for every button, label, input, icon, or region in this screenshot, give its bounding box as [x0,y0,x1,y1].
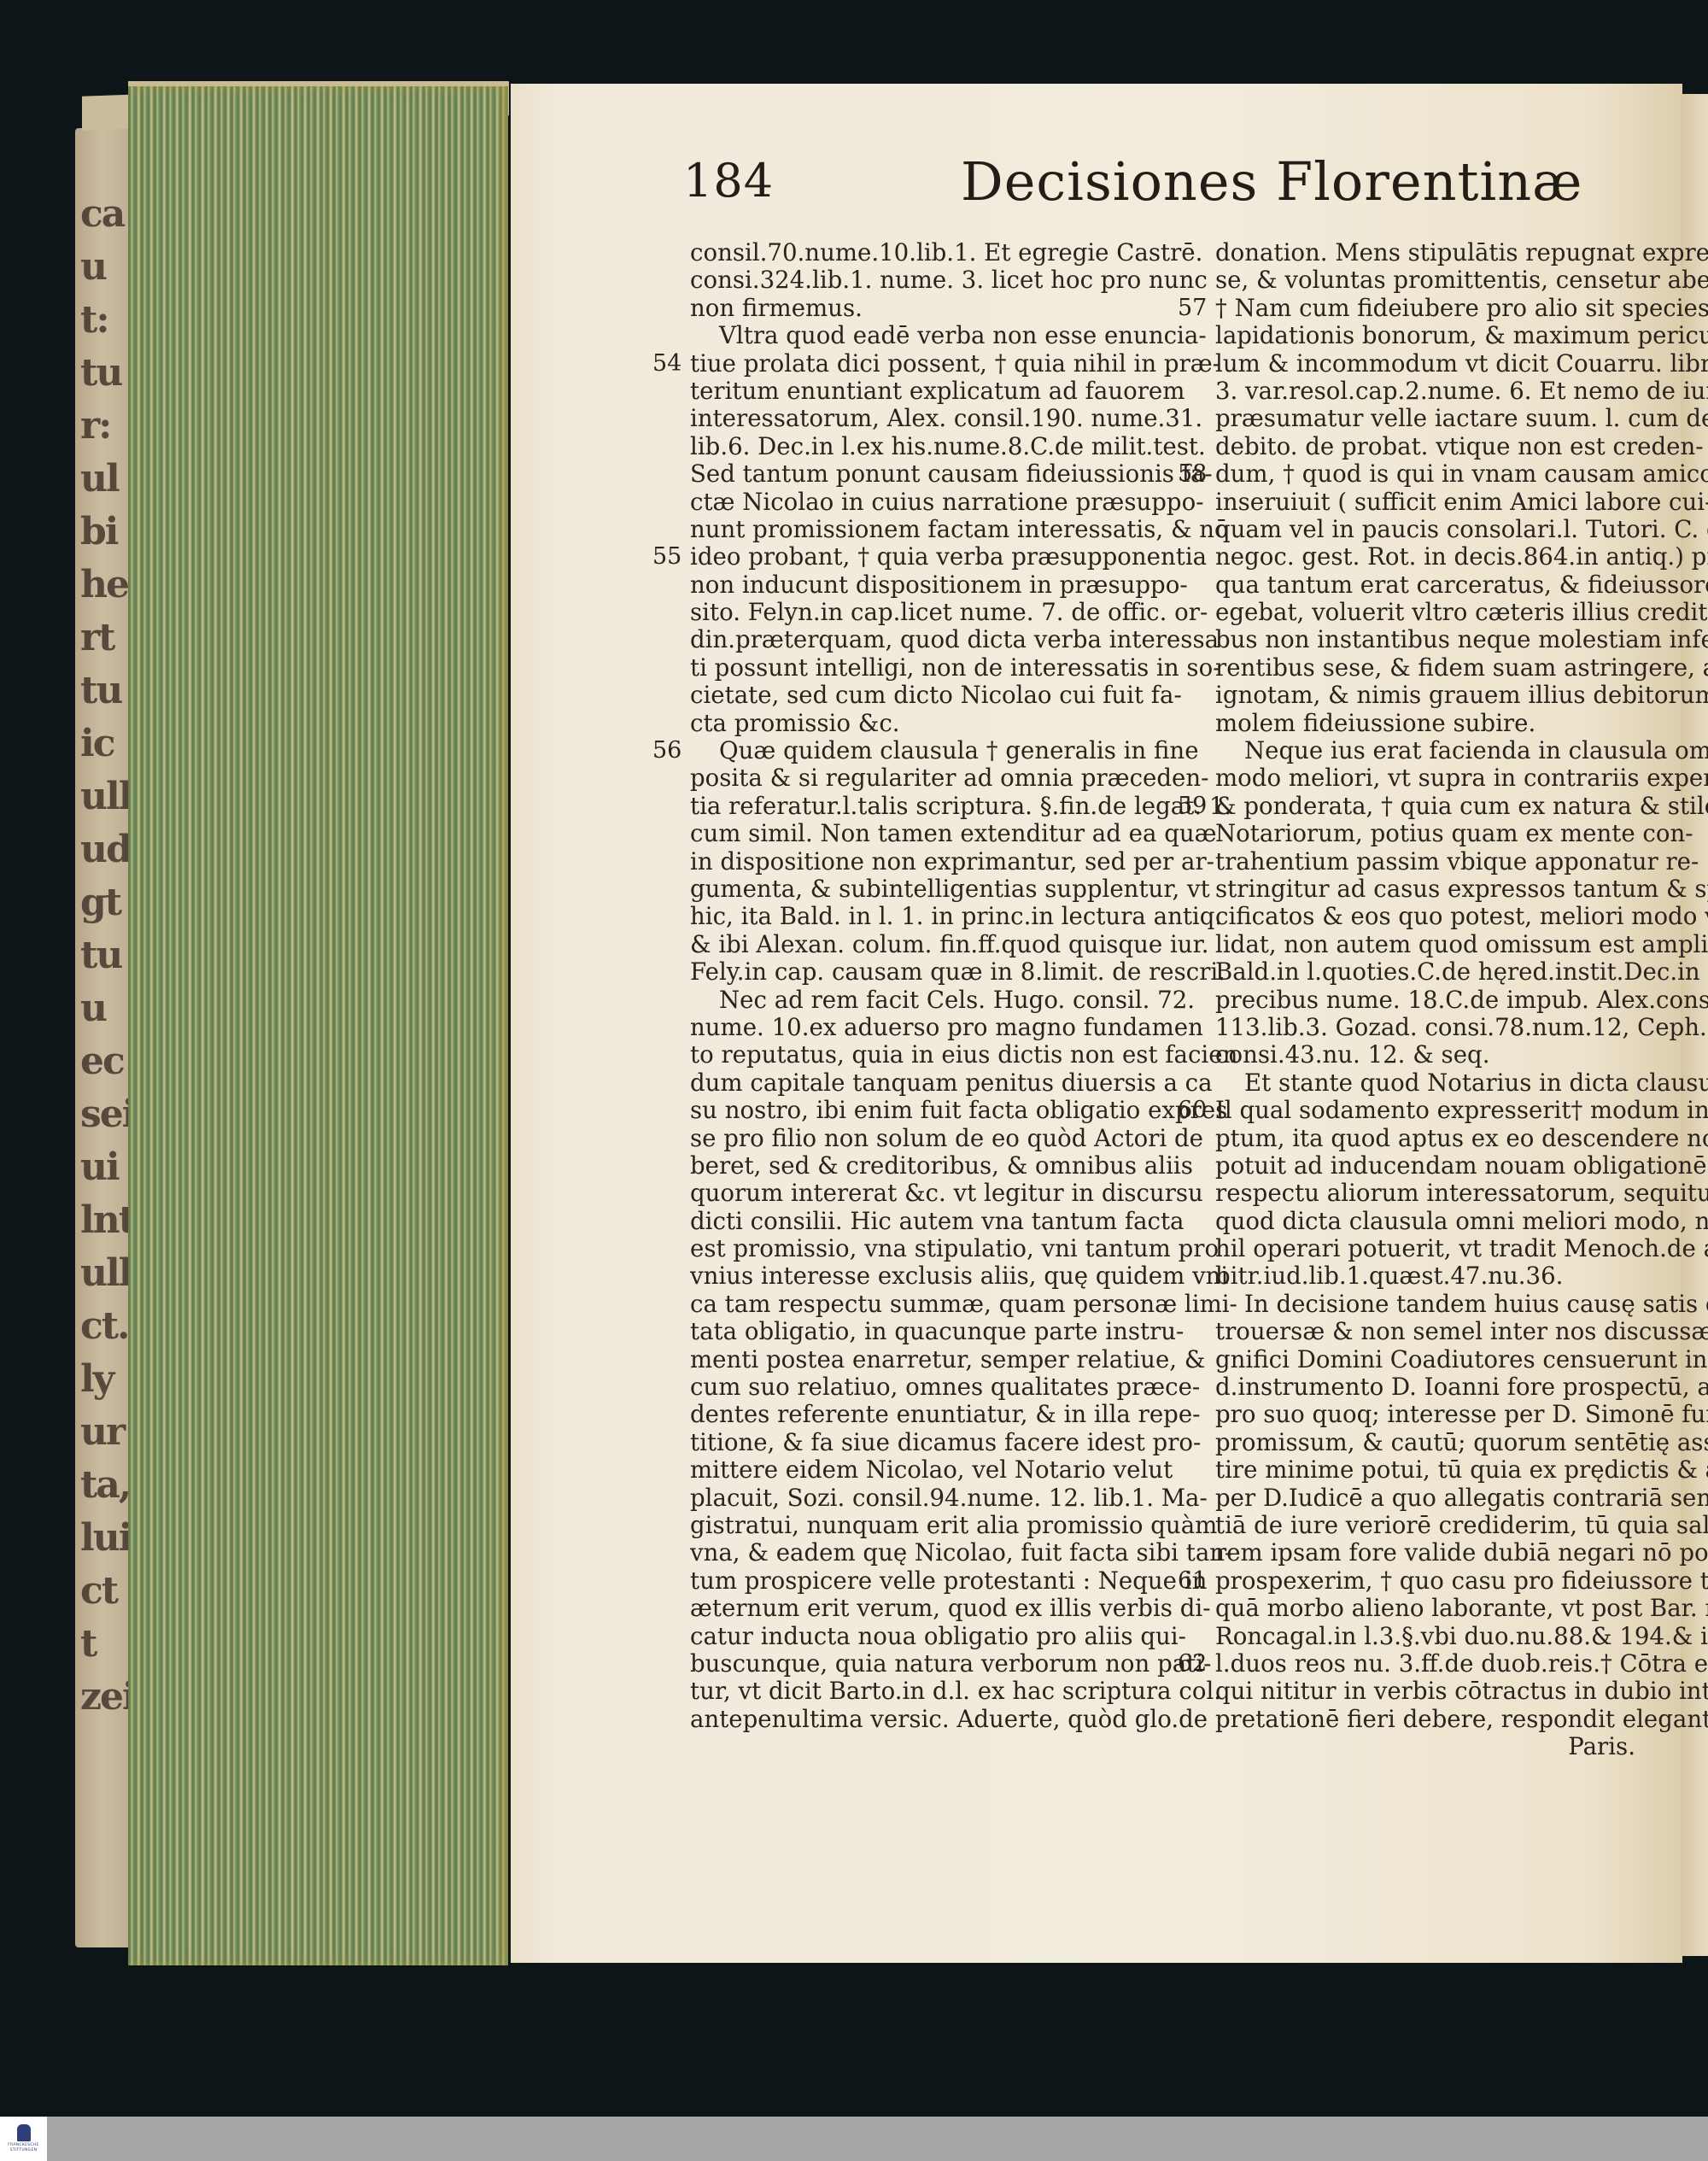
line-text: lum & incommodum vt dicit Couarru. libr. [1215,349,1708,378]
line-text: ideo probant, † quia verba præsupponenti… [690,542,1207,571]
line-text: respectu aliorum interessatorum, sequitu… [1215,1179,1708,1207]
text-line: est promissio, vna stipulatio, vni tantu… [690,1235,1168,1262]
text-line: gnifici Domini Coadiutores censuerunt in [1215,1346,1659,1373]
line-text: In decisione tandem huius causę satis cō… [1215,1290,1708,1318]
text-column-right: donation. Mens stipulātis repugnat expre… [1215,239,1659,1760]
line-text: bitr.iud.lib.1.quæst.47.nu.36. [1215,1262,1563,1290]
line-text: hic, ita Bald. in l. 1. in princ.in lect… [690,902,1222,930]
text-line: Fely.in cap. causam quæ in 8.limit. de r… [690,958,1168,986]
text-line: cificatos & eos quo potest, meliori modo… [1215,903,1659,930]
line-text: d.instrumento D. Ioanni fore prospectū, … [1215,1373,1708,1401]
text-line: æternum erit verum, quod ex illis verbis… [690,1595,1168,1622]
text-line: trahentium passim vbique apponatur re- [1215,848,1659,876]
franckesche-logo-icon [17,2124,31,2141]
text-line: dentes referente enuntiatur, & in illa r… [690,1401,1168,1428]
line-text: egebat, voluerit vltro cæteris illius cr… [1215,598,1708,626]
line-text: non firmemus. [690,294,863,322]
text-line: beret, sed & creditoribus, & omnibus ali… [690,1152,1168,1180]
text-line: 58dum, † quod is qui in vnam causam amic… [1215,460,1659,488]
text-line: pretationē fieri debere, respondit elega… [1215,1706,1659,1733]
text-line: vnius interesse exclusis aliis, quę quid… [690,1262,1168,1290]
line-text: Notariorum, potius quam ex mente con- [1215,819,1693,847]
institution-logo[interactable]: FRANCKESCHE STIFTUNGEN [0,2117,47,2161]
line-text: dicti consilii. Hic autem vna tantum fac… [690,1207,1184,1235]
line-text: Sed tantum ponunt causam fideiussionis f… [690,460,1213,488]
line-text: mittere eidem Nicolao, vel Notario velut [690,1455,1173,1484]
line-text: catur inducta noua obligatio pro aliis q… [690,1622,1186,1650]
line-text: potuit ad inducendam nouam obligationē [1215,1151,1707,1180]
line-text: 113.lib.3. Gozad. consi.78.num.12, Ceph. [1215,1013,1707,1041]
text-line: qui nititur in verbis cōtractus in dubio… [1215,1678,1659,1705]
text-line: 62l.duos reos nu. 3.ff.de duob.reis.† Cō… [1215,1650,1659,1678]
text-line: to reputatus, quia in eius dictis non es… [690,1041,1168,1069]
line-text: 3. var.resol.cap.2.nume. 6. Et nemo de i… [1215,377,1708,405]
line-text: Et stante quod Notarius in dicta clausul… [1215,1069,1708,1097]
line-text: tia referatur.l.talis scriptura. §.fin.d… [690,792,1231,820]
line-text: placuit, Sozi. consil.94.nume. 12. lib.1… [690,1484,1208,1512]
text-line: Et stante quod Notarius in dicta clausul… [1215,1069,1659,1097]
text-line: gistratui, nunquam erit alia promissio q… [690,1512,1168,1539]
line-text: † Nam cum fideiubere pro alio sit specie… [1215,294,1708,322]
line-text: tiā de iure veriorē crediderim, tū quia … [1215,1511,1708,1539]
line-text: Roncagal.in l.3.§.vbi duo.nu.88.& 194.& … [1215,1622,1708,1650]
text-line: tum prospicere velle protestanti : Neque… [690,1567,1168,1595]
text-line: promissum, & cautū; quorum sentētię asse… [1215,1429,1659,1456]
line-text: & ibi Alexan. colum. fin.ff.quod quisque… [690,930,1209,958]
line-text: consi.43.nu. 12. & seq. [1215,1040,1489,1069]
text-line: rentibus sese, & fidem suam astringere, … [1215,654,1659,682]
line-text: Bald.in l.quoties.C.de hęred.instit.Dec.… [1215,958,1708,986]
line-text: præsumatur velle iactare suum. l. cum de… [1215,404,1708,432]
text-line: 55ideo probant, † quia verba præsupponen… [690,543,1168,571]
text-line: vna, & eadem quę Nicolao, fuit facta sib… [690,1539,1168,1567]
line-text: Nec ad rem facit Cels. Hugo. consil. 72. [690,986,1195,1014]
line-text: & ponderata, † quia cum ex natura & stil… [1215,792,1708,820]
text-line: per D.Iudicē a quo allegatis contrariā s… [1215,1485,1659,1512]
text-line: quorum intererat &c. vt legitur in discu… [690,1180,1168,1207]
line-text: lidat, non autem quod omissum est amplie… [1215,930,1708,958]
text-line: quā morbo alieno laborante, vt post Bar.… [1215,1595,1659,1622]
text-line: bus non instantibus neque molestiam infe… [1215,626,1659,653]
text-line: cum suo relatiuo, omnes qualitates præce… [690,1373,1168,1401]
line-text: tiue prolata dici possent, † quia nihil … [690,349,1220,378]
text-line: 61prospexerim, † quo casu pro fideiussor… [1215,1567,1659,1595]
marginal-number: 60 [1178,1097,1207,1124]
line-text: qui nititur in verbis cōtractus in dubio… [1215,1677,1708,1705]
line-text: titione, & fa siue dicamus facere idest … [690,1428,1201,1456]
line-text: ignotam, & nimis grauem illius debitorum [1215,681,1708,709]
text-line: quam vel in paucis consolari.l. Tutori. … [1215,516,1659,543]
line-text: cum suo relatiuo, omnes qualitates præce… [690,1373,1200,1401]
line-text: in dispositione non exprimantur, sed per… [690,847,1214,876]
line-text: qua tantum erat carceratus, & fideiussor… [1215,571,1708,599]
text-line: interessatorum, Alex. consil.190. nume.3… [690,405,1168,432]
line-text: rentibus sese, & fidem suam astringere, … [1215,653,1708,682]
line-text: precibus nume. 18.C.de impub. Alex.consi… [1215,986,1708,1014]
line-text: posita & si regulariter ad omnia præcede… [690,764,1208,792]
line-text: su nostro, ibi enim fuit facta obligatio… [690,1096,1227,1124]
line-text: pro suo quoq; interesse per D. Simonē fu… [1215,1400,1708,1428]
line-text: debito. de probat. vtique non est creden… [1215,432,1704,460]
text-line: modo meliori, vt supra in contrariis exp… [1215,764,1659,792]
text-line: præsumatur velle iactare suum. l. cum de… [1215,405,1659,432]
line-text: quod dicta clausula omni meliori modo, n… [1215,1207,1708,1235]
text-line: tiā de iure veriorē crediderim, tū quia … [1215,1512,1659,1539]
text-line: 3. var.resol.cap.2.nume. 6. Et nemo de i… [1215,378,1659,405]
line-text: cificatos & eos quo potest, meliori modo… [1215,902,1708,930]
text-line: Vltra quod eadē verba non esse enuncia- [690,322,1168,349]
text-line: hic, ita Bald. in l. 1. in princ.in lect… [690,903,1168,930]
line-text: quā morbo alieno laborante, vt post Bar.… [1215,1594,1708,1622]
running-head: 184 Decisiones Florentinæ [683,154,1665,222]
text-line: trouersæ & non semel inter nos discussæ,… [1215,1318,1659,1345]
line-text: nunt promissionem factam interessatis, &… [690,515,1229,543]
running-title: Decisiones Florentinæ [961,150,1582,213]
text-line: inseruiuit ( sufficit enim Amici labore … [1215,489,1659,516]
text-line: ti possunt intelligi, non de interessati… [690,654,1168,682]
text-line: in dispositione non exprimantur, sed per… [690,848,1168,876]
line-text: molem fideiussione subire. [1215,709,1535,737]
line-text: l.duos reos nu. 3.ff.de duob.reis.† Cōtr… [1215,1649,1708,1678]
text-line: rem ipsam fore valide dubiā negari nō po… [1215,1539,1659,1567]
text-line: negoc. gest. Rot. in decis.864.in antiq.… [1215,543,1659,571]
text-line: non firmemus. [690,295,1168,322]
text-line: hil operari potuerit, vt tradit Menoch.d… [1215,1235,1659,1262]
catchword: Paris. [1215,1733,1659,1760]
text-line: se, & voluntas promittentis, censetur ab… [1215,266,1659,294]
marginal-number: 55 [652,543,681,571]
text-line: su nostro, ibi enim fuit facta obligatio… [690,1097,1168,1124]
line-text: trahentium passim vbique apponatur re- [1215,847,1699,876]
text-line: 59& ponderata, † quia cum ex natura & st… [1215,793,1659,820]
line-text: tata obligatio, in quacunque parte instr… [690,1317,1184,1345]
line-text: lib.6. Dec.in l.ex his.nume.8.C.de milit… [690,432,1206,460]
text-line: 54tiue prolata dici possent, † quia nihi… [690,350,1168,378]
text-line: tur, vt dicit Barto.in d.l. ex hac scrip… [690,1678,1168,1705]
text-line: se pro filio non solum de eo quòd Actori… [690,1125,1168,1152]
line-text: Vltra quod eadē verba non esse enuncia- [690,321,1207,349]
line-text: gumenta, & subintelligentias supplentur,… [690,875,1210,903]
line-text: dentes referente enuntiatur, & in illa r… [690,1400,1200,1428]
text-line: respectu aliorum interessatorum, sequitu… [1215,1180,1659,1207]
line-text: non inducunt dispositionem in præsuppo- [690,571,1188,599]
text-line: lum & incommodum vt dicit Couarru. libr. [1215,350,1659,378]
text-line: tata obligatio, in quacunque parte instr… [690,1318,1168,1345]
line-text: inseruiuit ( sufficit enim Amici labore … [1215,488,1708,516]
text-line: gumenta, & subintelligentias supplentur,… [690,876,1168,903]
text-line: 57† Nam cum fideiubere pro alio sit spec… [1215,295,1659,322]
text-line: 60Il qual sodamento expresserit† modum i… [1215,1097,1659,1124]
text-line: precibus nume. 18.C.de impub. Alex.consi… [1215,987,1659,1014]
text-line: potuit ad inducendam nouam obligationē [1215,1152,1659,1180]
line-text: din.præterquam, quod dicta verba interes… [690,625,1219,653]
line-text: stringitur ad casus expressos tantum & s… [1215,875,1708,903]
line-text: gistratui, nunquam erit alia promissio q… [690,1511,1217,1539]
line-text: cietate, sed cum dicto Nicolao cui fuit … [690,681,1182,709]
text-line: In decisione tandem huius causę satis cō… [1215,1291,1659,1318]
line-text: se, & voluntas promittentis, censetur ab… [1215,266,1708,294]
line-text: tum prospicere velle protestanti : Neque… [690,1567,1207,1595]
text-line: cta promissio &c. [690,710,1168,737]
line-text: per D.Iudicē a quo allegatis contrariā s… [1215,1484,1708,1512]
line-text: Il qual sodamento expresserit† modum ine… [1215,1096,1708,1124]
text-line: Neque ius erat facienda in clausula omni [1215,737,1659,764]
text-line: antepenultima versic. Aduerte, quòd glo.… [690,1706,1168,1733]
text-line: teritum enuntiant explicatum ad fauorem [690,378,1168,405]
text-line: cietate, sed cum dicto Nicolao cui fuit … [690,682,1168,709]
text-line: dum capitale tanquam penitus diuersis a … [690,1069,1168,1097]
text-line: buscunque, quia natura verborum non pati… [690,1650,1168,1678]
line-text: ti possunt intelligi, non de interessati… [690,653,1221,682]
viewer-footer-bar: FRANCKESCHE STIFTUNGEN [0,2117,1708,2161]
page-block-fore-edge [128,81,508,1965]
line-text: Neque ius erat facienda in clausula omni [1215,736,1708,764]
text-line: egebat, voluerit vltro cæteris illius cr… [1215,599,1659,626]
text-line: nunt promissionem factam interessatis, &… [690,516,1168,543]
line-text: interessatorum, Alex. consil.190. nume.3… [690,404,1202,432]
text-line: lidat, non autem quod omissum est amplie… [1215,931,1659,958]
text-line: consi.324.lib.1. nume. 3. licet hoc pro … [690,266,1168,294]
line-text: Fely.in cap. causam quæ in 8.limit. de r… [690,958,1225,986]
text-line: posita & si regulariter ad omnia præcede… [690,764,1168,792]
line-text: consil.70.nume.10.lib.1. Et egregie Cast… [690,238,1202,266]
text-line: ptum, ita quod aptus ex eo descendere no… [1215,1125,1659,1152]
text-line: 56Quæ quidem clausula † generalis in fin… [690,737,1168,764]
line-text: tur, vt dicit Barto.in d.l. ex hac scrip… [690,1677,1221,1705]
text-line: placuit, Sozi. consil.94.nume. 12. lib.1… [690,1485,1168,1512]
line-text: beret, sed & creditoribus, & omnibus ali… [690,1151,1193,1180]
line-text: teritum enuntiant explicatum ad fauorem [690,377,1184,405]
marginal-number: 61 [1178,1567,1207,1595]
text-column-left: consil.70.nume.10.lib.1. Et egregie Cast… [690,239,1168,1733]
text-line: consi.43.nu. 12. & seq. [1215,1041,1659,1069]
line-text: hil operari potuerit, vt tradit Menoch.d… [1215,1234,1708,1262]
marginal-number: 59 [1178,793,1207,820]
text-line: mittere eidem Nicolao, vel Notario velut [690,1456,1168,1484]
marginal-number: 54 [652,350,681,378]
line-text: gnifici Domini Coadiutores censuerunt in [1215,1345,1707,1373]
line-text: ctæ Nicolao in cuius narratione præsuppo… [690,488,1204,516]
line-text: cta promissio &c. [690,709,900,737]
text-line: d.instrumento D. Ioanni fore prospectū, … [1215,1373,1659,1401]
institution-name: FRANCKESCHE STIFTUNGEN [0,2143,47,2153]
text-line: catur inducta noua obligatio pro aliis q… [690,1623,1168,1650]
line-text: se pro filio non solum de eo quòd Actori… [690,1124,1203,1152]
line-text: sito. Felyn.in cap.licet nume. 7. de off… [690,598,1208,626]
line-text: tire minime potui, tū quia ex prędictis … [1215,1455,1708,1484]
page-number: 184 [683,154,774,208]
text-line: ignotam, & nimis grauem illius debitorum [1215,682,1659,709]
text-line: Sed tantum ponunt causam fideiussionis f… [690,460,1168,488]
line-text: Quæ quidem clausula † generalis in fine [690,736,1199,764]
text-line: sito. Felyn.in cap.licet nume. 7. de off… [690,599,1168,626]
text-line: & ibi Alexan. colum. fin.ff.quod quisque… [690,931,1168,958]
text-line: non inducunt dispositionem in præsuppo- [690,571,1168,599]
line-text: cum simil. Non tamen extenditur ad ea qu… [690,819,1217,847]
line-text: buscunque, quia natura verborum non pati… [690,1649,1211,1678]
text-line: cum simil. Non tamen extenditur ad ea qu… [690,820,1168,847]
text-line: tire minime potui, tū quia ex prędictis … [1215,1456,1659,1484]
line-text: consi.324.lib.1. nume. 3. licet hoc pro … [690,266,1208,294]
text-line: Roncagal.in l.3.§.vbi duo.nu.88.& 194.& … [1215,1623,1659,1650]
marginal-number: 58 [1178,460,1207,488]
text-line: Notariorum, potius quam ex mente con- [1215,820,1659,847]
text-line: Nec ad rem facit Cels. Hugo. consil. 72. [690,987,1168,1014]
line-text: lapidationis bonorum, & maximum pericu- [1215,321,1708,349]
line-text: dum capitale tanquam penitus diuersis a … [690,1069,1213,1097]
line-text: quorum intererat &c. vt legitur in discu… [690,1179,1203,1207]
line-text: vnius interesse exclusis aliis, quę quid… [690,1262,1228,1290]
marginal-number: 56 [652,737,681,764]
line-text: antepenultima versic. Aduerte, quòd glo.… [690,1705,1208,1733]
line-text: donation. Mens stipulātis repugnat expre… [1215,238,1708,266]
text-line: quod dicta clausula omni meliori modo, n… [1215,1208,1659,1235]
line-text: trouersæ & non semel inter nos discussæ,… [1215,1317,1708,1345]
text-line: din.præterquam, quod dicta verba interes… [690,626,1168,653]
marginal-number: 57 [1178,295,1207,322]
line-text: æternum erit verum, quod ex illis verbis… [690,1594,1211,1622]
line-text: ca tam respectu summæ, quam personæ limi… [690,1290,1237,1318]
line-text: ptum, ita quod aptus ex eo descendere no… [1215,1124,1708,1152]
line-text: vna, & eadem quę Nicolao, fuit facta sib… [690,1538,1232,1567]
line-text: modo meliori, vt supra in contrariis exp… [1215,764,1708,792]
line-text: dum, † quod is qui in vnam causam amico [1215,460,1708,488]
line-text: menti postea enarretur, semper relatiue,… [690,1345,1205,1373]
text-line: consil.70.nume.10.lib.1. Et egregie Cast… [690,239,1168,266]
line-text: nume. 10.ex aduerso pro magno fundamen [690,1013,1203,1041]
text-line: molem fideiussione subire. [1215,710,1659,737]
text-line: menti postea enarretur, semper relatiue,… [690,1346,1168,1373]
text-line: 113.lib.3. Gozad. consi.78.num.12, Ceph. [1215,1014,1659,1041]
line-text: to reputatus, quia in eius dictis non es… [690,1040,1237,1069]
text-line: lapidationis bonorum, & maximum pericu- [1215,322,1659,349]
line-text: prospexerim, † quo casu pro fideiussore … [1215,1567,1708,1595]
text-line: ctæ Nicolao in cuius narratione præsuppo… [690,489,1168,516]
text-line: Bald.in l.quoties.C.de hęred.instit.Dec.… [1215,958,1659,986]
text-line: nume. 10.ex aduerso pro magno fundamen [690,1014,1168,1041]
text-line: donation. Mens stipulātis repugnat expre… [1215,239,1659,266]
line-text: quam vel in paucis consolari.l. Tutori. … [1215,515,1708,543]
text-line: bitr.iud.lib.1.quæst.47.nu.36. [1215,1262,1659,1290]
text-line: lib.6. Dec.in l.ex his.nume.8.C.de milit… [690,433,1168,460]
text-line: stringitur ad casus expressos tantum & s… [1215,876,1659,903]
line-text: est promissio, vna stipulatio, vni tantu… [690,1234,1219,1262]
text-line: debito. de probat. vtique non est creden… [1215,433,1659,460]
text-line: ca tam respectu summæ, quam personæ limi… [690,1291,1168,1318]
text-line: dicti consilii. Hic autem vna tantum fac… [690,1208,1168,1235]
line-text: pretationē fieri debere, respondit elega… [1215,1705,1708,1733]
marginal-number: 62 [1178,1650,1207,1678]
text-line: titione, & fa siue dicamus facere idest … [690,1429,1168,1456]
line-text: promissum, & cautū; quorum sentētię asse… [1215,1428,1708,1456]
line-text: bus non instantibus neque molestiam infe… [1215,625,1708,653]
text-line: qua tantum erat carceratus, & fideiussor… [1215,571,1659,599]
line-text: negoc. gest. Rot. in decis.864.in antiq.… [1215,542,1708,571]
text-line: tia referatur.l.talis scriptura. §.fin.d… [690,793,1168,820]
line-text: rem ipsam fore valide dubiā negari nō po… [1215,1538,1708,1567]
text-line: pro suo quoq; interesse per D. Simonē fu… [1215,1401,1659,1428]
